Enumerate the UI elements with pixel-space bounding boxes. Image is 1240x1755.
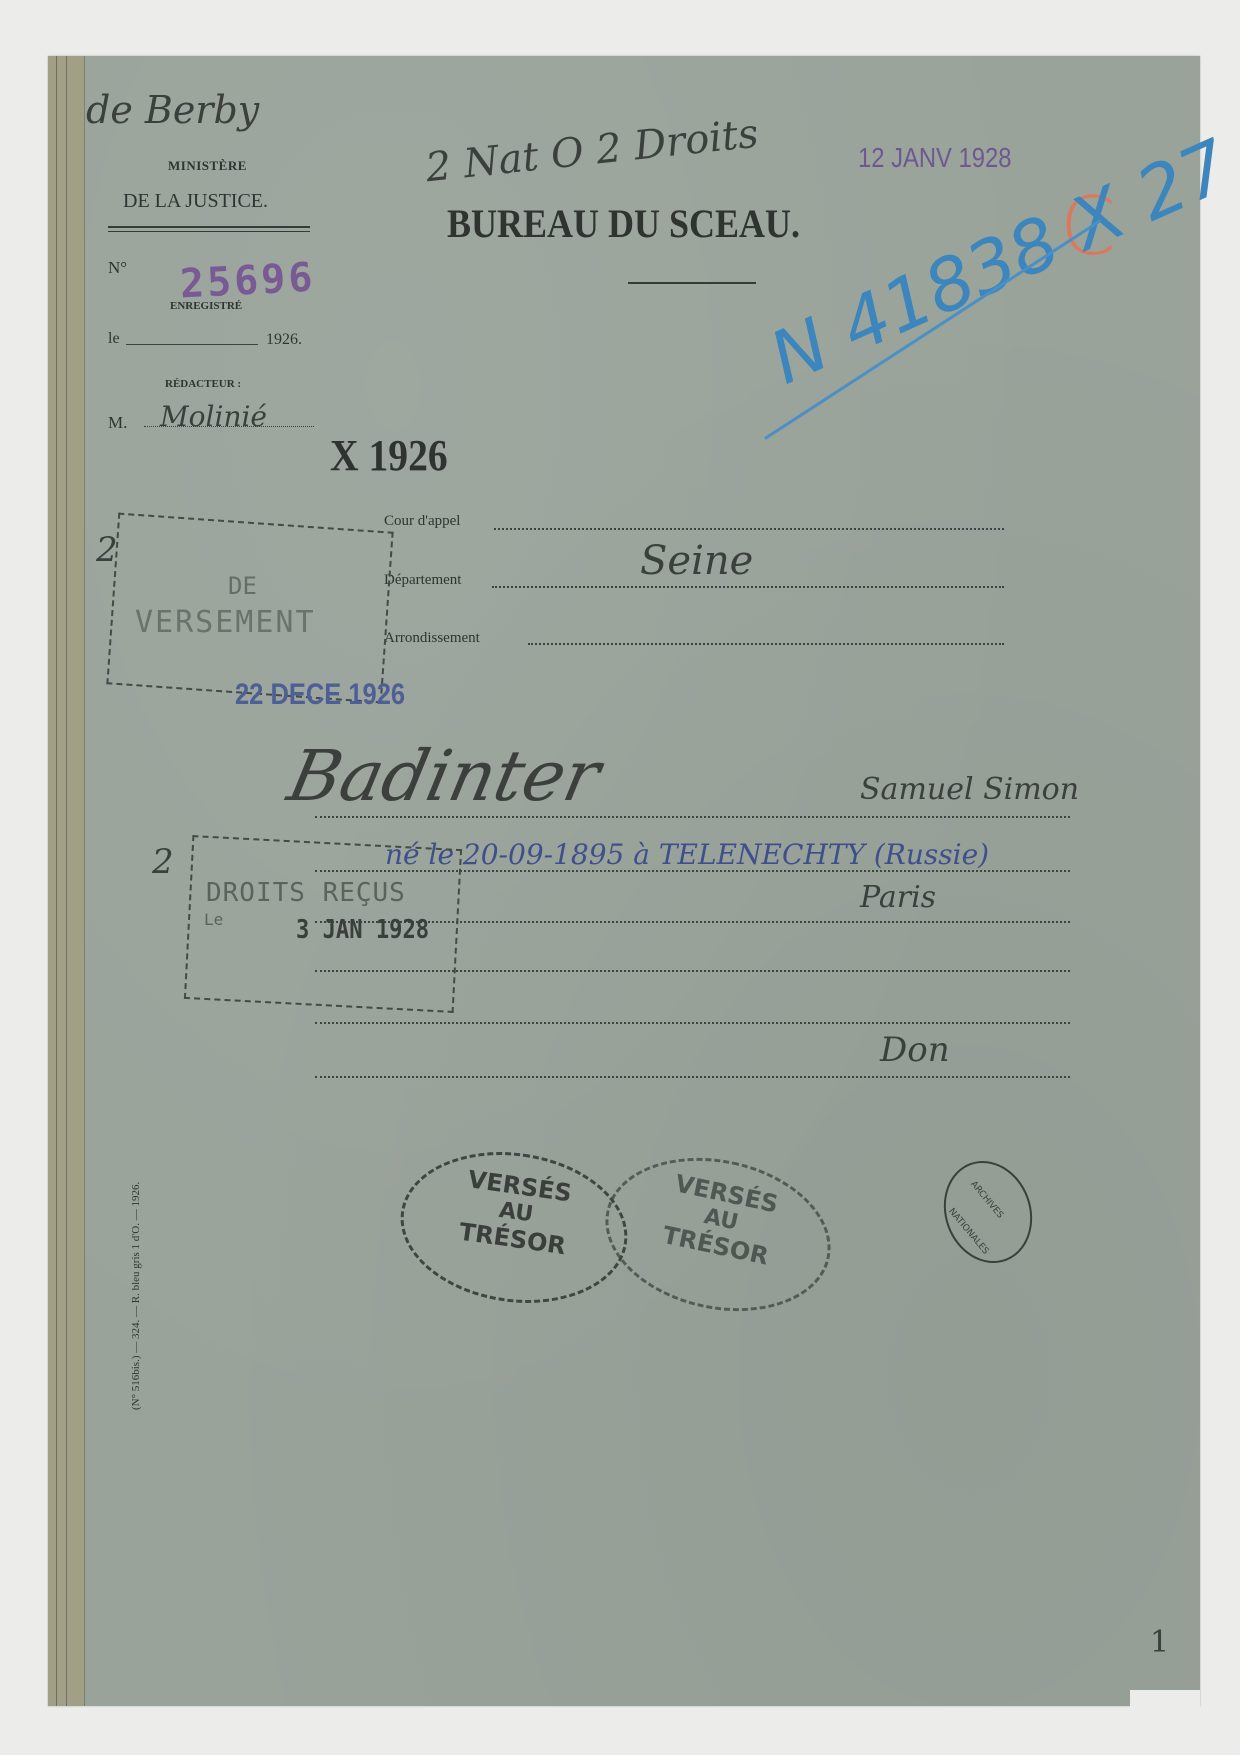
versement-date-stamp: 22 DECE 1926 <box>235 678 405 712</box>
enregistre-label: ENREGISTRÉ <box>170 300 242 312</box>
archives-stamp-line1: ARCHIVES <box>968 1179 1005 1220</box>
name-line <box>315 816 1070 818</box>
birth-details: né le 20-09-1895 à TELENECHTY (Russie) <box>385 838 989 871</box>
droits-recus-date: 3 JAN 1928 <box>296 915 429 945</box>
year-printed: 1926. <box>266 331 302 349</box>
margin-mark: 2 <box>152 842 174 882</box>
spine-fold-line <box>56 56 57 1706</box>
versement-stamp-line2: VERSEMENT <box>135 605 316 640</box>
field-value-departement: Seine <box>640 538 753 584</box>
ministry-line2: DE LA JUSTICE. <box>123 190 268 213</box>
ministry-line1: MINISTÈRE <box>168 158 247 174</box>
closing-line <box>315 1076 1070 1078</box>
residence: Paris <box>860 880 936 915</box>
field-line-arrondissement <box>528 643 1004 645</box>
corner-notch <box>1130 1690 1200 1710</box>
ministry-rule <box>108 226 310 228</box>
field-label-cour-appel: Cour d'appel <box>384 513 460 530</box>
field-line-departement <box>492 586 1004 588</box>
received-date-stamp: 12 JANV 1928 <box>858 142 1011 174</box>
closing-handwritten: Don <box>880 1030 950 1070</box>
surname: Badinter <box>281 735 607 817</box>
field-label-arrondissement: Arrondissement <box>384 630 480 647</box>
m-label: M. <box>108 413 127 433</box>
annotation-name: de Berby <box>86 88 259 132</box>
versement-stamp-line1: DE <box>228 572 257 600</box>
redacteur-label: RÉDACTEUR : <box>165 378 241 390</box>
page-number: 1 <box>1150 1625 1169 1660</box>
field-line-cour-appel <box>494 528 1004 530</box>
redacteur-signature: Molinié <box>160 400 267 433</box>
title-rule <box>628 282 756 284</box>
le-label: le <box>108 330 120 348</box>
bureau-title: BUREAU DU SCEAU. <box>447 200 800 247</box>
number-label: N° <box>108 258 127 278</box>
printer-note: (N° 516bis.) — 324. — R. bleu gris 1 d'O… <box>130 1182 142 1410</box>
droits-recus-title: DROITS REÇUS <box>206 878 406 908</box>
given-names: Samuel Simon <box>860 772 1079 807</box>
field-label-departement: Département <box>384 572 461 589</box>
droits-recus-le: Le <box>204 910 223 929</box>
date-line <box>126 344 258 345</box>
blank-line <box>315 1022 1070 1024</box>
dossier-code: X 1926 <box>330 430 448 481</box>
ministry-rule <box>108 231 310 232</box>
spine-fold-line <box>66 56 67 1706</box>
